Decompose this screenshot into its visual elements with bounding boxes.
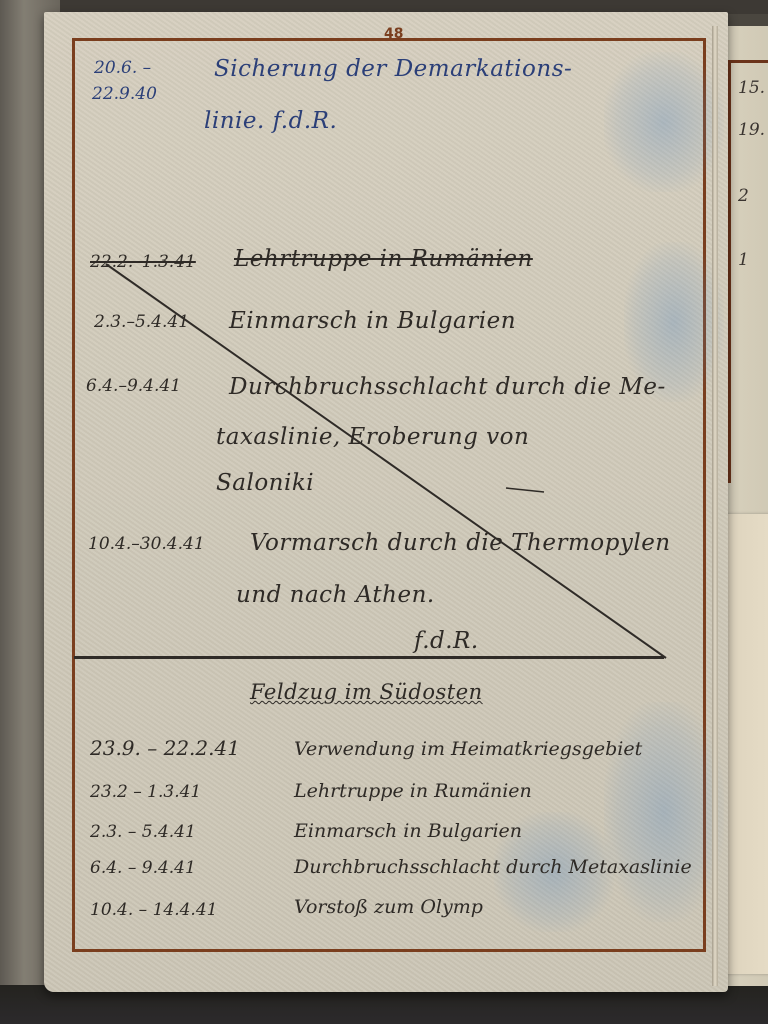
- list-text: Vorstoß zum Olymp: [294, 896, 483, 918]
- list-text: Lehrtruppe in Rumänien: [294, 780, 532, 802]
- list-text: Durchbruchsschlacht durch Metaxaslinie: [294, 856, 692, 878]
- cancellation-diagonal-line: [44, 12, 728, 992]
- facing-page-date: 2: [738, 186, 749, 206]
- list-date: 6.4. – 9.4.41: [90, 858, 196, 878]
- list-date: 23.9. – 22.2.41: [90, 736, 240, 760]
- book-spine: [712, 26, 718, 986]
- section-heading: Feldzug im Südosten: [250, 680, 483, 704]
- list-date: 10.4. – 14.4.41: [90, 900, 217, 920]
- facing-page-date: 1: [738, 250, 749, 270]
- section-divider-line: [74, 656, 664, 659]
- list-text: Verwendung im Heimatkriegsgebiet: [294, 738, 642, 760]
- list-date: 2.3. – 5.4.41: [90, 822, 196, 842]
- list-date: 23.2 – 1.3.41: [90, 782, 201, 802]
- facing-page-flap: [722, 514, 768, 974]
- facing-page-date: 19.: [738, 120, 765, 140]
- facing-page-date: 15.: [738, 78, 765, 98]
- document-page: 48 20.6. – 22.9.40 Sicherung der Demarka…: [44, 12, 728, 992]
- list-text: Einmarsch in Bulgarien: [294, 820, 522, 842]
